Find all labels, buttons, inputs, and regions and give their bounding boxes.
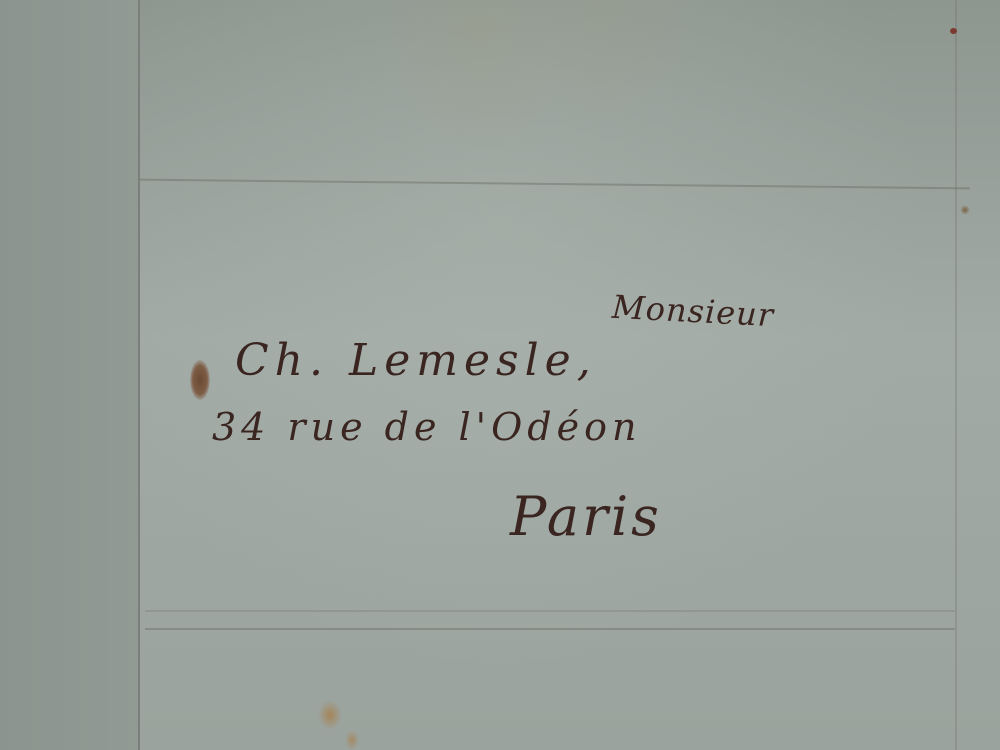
street-address: 34 rue de l'Odéon (212, 405, 641, 449)
handwritten-address: Monsieur Ch. Lemesle, 34 rue de l'Odéon … (0, 0, 1000, 750)
recipient-name: Ch. Lemesle, (235, 335, 597, 386)
salutation: Monsieur (611, 288, 775, 334)
envelope-photo: Monsieur Ch. Lemesle, 34 rue de l'Odéon … (0, 0, 1000, 750)
city: Paris (510, 485, 662, 548)
